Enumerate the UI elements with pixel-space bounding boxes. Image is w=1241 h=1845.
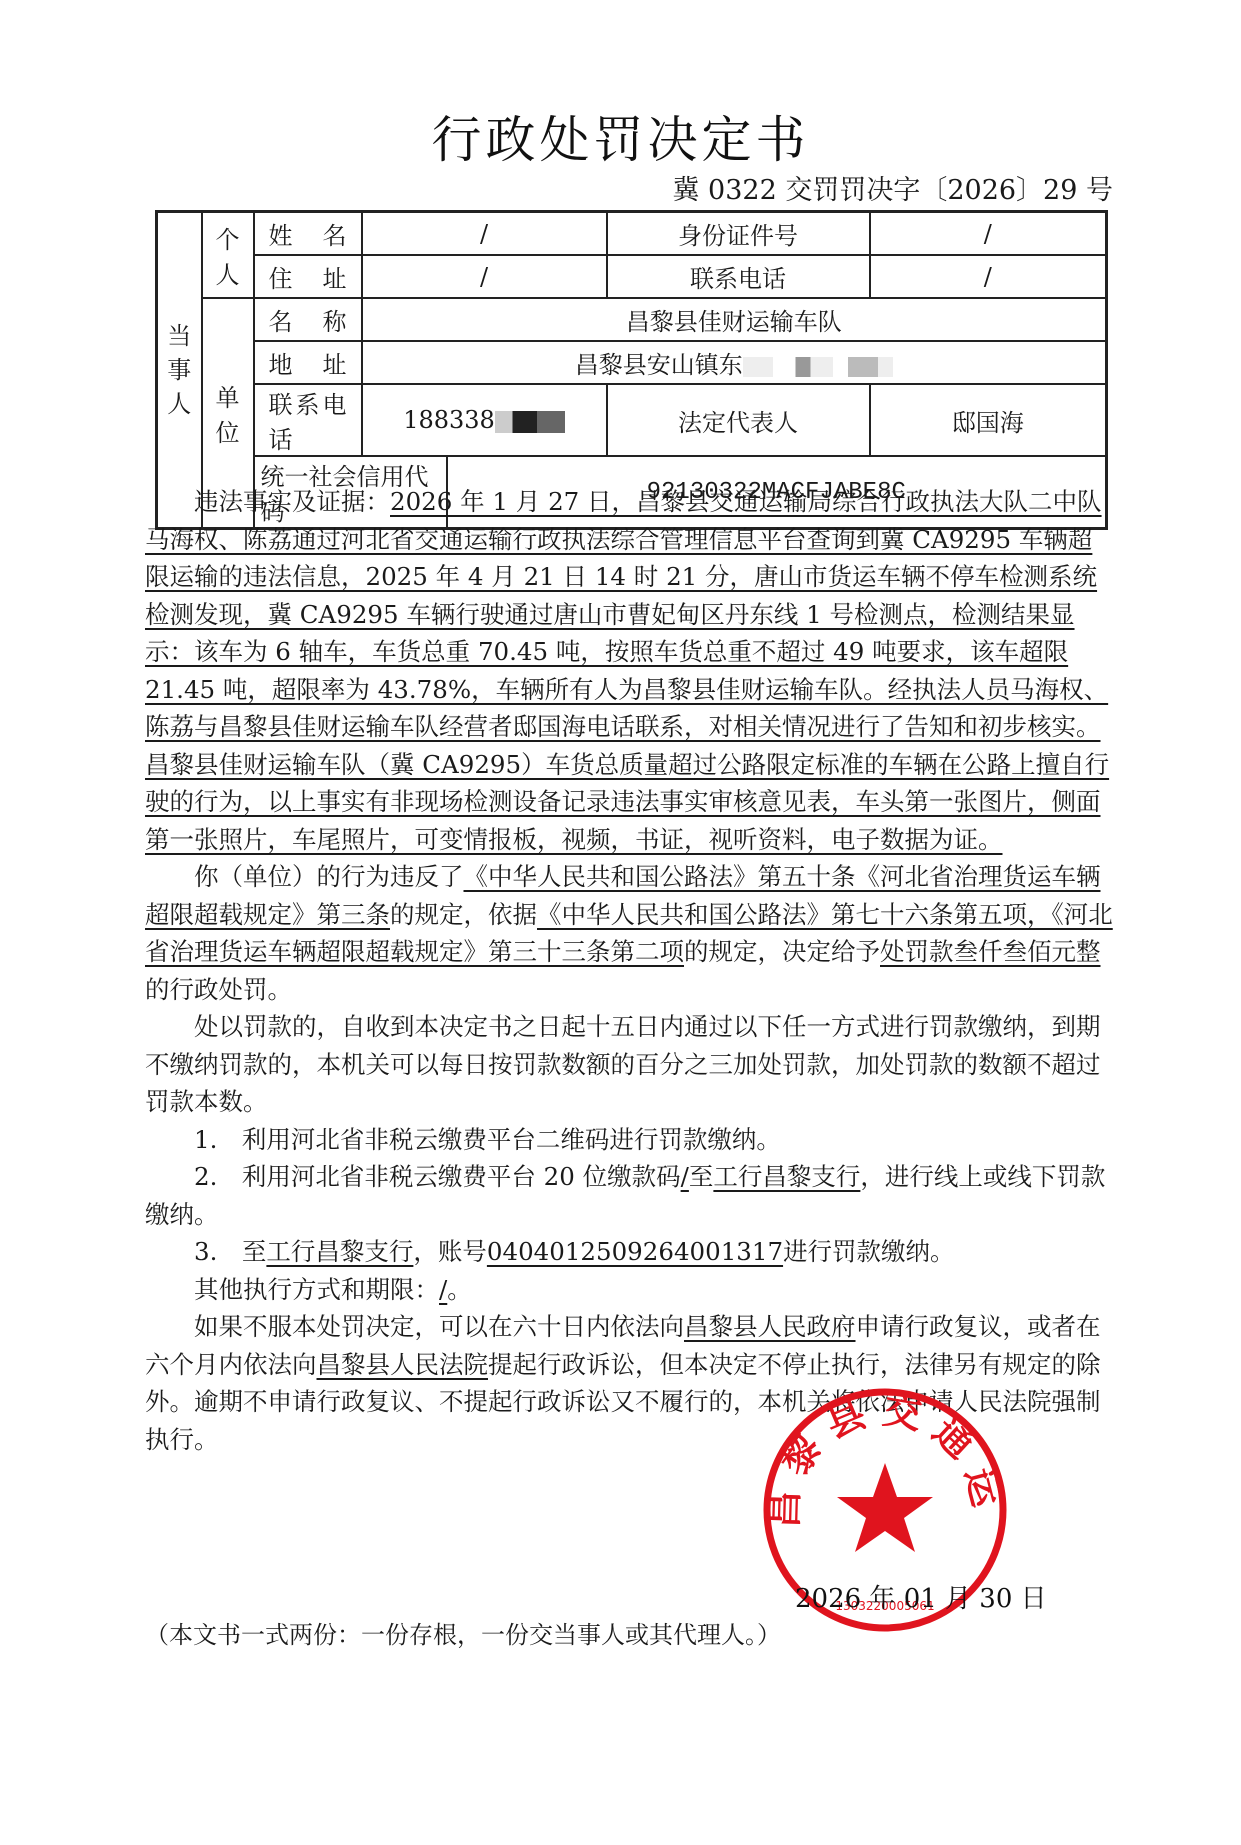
- violation-text: 的规定，依据: [390, 900, 537, 929]
- text: 其他执行方式和期限：: [194, 1275, 439, 1304]
- payment-notice: 处以罚款的，自收到本决定书之日起十五日内通过以下任一方式进行罚款缴纳，到期不缴纳…: [145, 1008, 1115, 1121]
- payment-method-1: 1. 利用河北省非税云缴费平台二维码进行罚款缴纳。: [145, 1121, 1115, 1159]
- phone-label: 联系电话: [607, 255, 870, 298]
- id-label: 身份证件号: [607, 212, 870, 256]
- facts-label: 违法事实及证据：: [194, 487, 390, 516]
- unit-name-label: 名称: [254, 298, 362, 341]
- account-number: 0404012509264001317: [487, 1237, 783, 1266]
- document-title: 行政处罚决定书: [0, 100, 1241, 172]
- redaction-mosaic: [495, 411, 565, 433]
- name-value: /: [362, 212, 607, 256]
- phone-value: /: [870, 255, 1107, 298]
- text: 如果不服本处罚决定，可以在六十日内依法向: [194, 1312, 684, 1341]
- bank-name: 工行昌黎支行: [266, 1237, 413, 1266]
- review-authority: 昌黎县人民政府: [684, 1312, 856, 1341]
- other-execution: 其他执行方式和期限：/。: [145, 1271, 1115, 1309]
- issue-date: 2026 年 01 月 30 日: [795, 1578, 1047, 1615]
- text: 2. 利用河北省非税云缴费平台 20 位缴款码: [194, 1162, 681, 1191]
- text: 。: [447, 1275, 472, 1304]
- bank-name: 工行昌黎支行: [713, 1162, 860, 1191]
- violation-paragraph: 你（单位）的行为违反了《中华人民共和国公路法》第五十条《河北省治理货运车辆超限超…: [145, 858, 1115, 1008]
- payment-method-3: 3. 至工行昌黎支行，账号0404012509264001317进行罚款缴纳。: [145, 1233, 1115, 1271]
- name-label: 姓名: [254, 212, 362, 256]
- party-group-label: 当事人: [157, 212, 202, 529]
- unit-address-label: 地址: [254, 341, 362, 384]
- document-body: 违法事实及证据：2026 年 1 月 27 日，昌黎县交通运输局综合行政执法大队…: [145, 483, 1115, 1458]
- id-value: /: [870, 212, 1107, 256]
- violation-text: 的行政处罚。: [145, 975, 292, 1004]
- court-name: 昌黎县人民法院: [317, 1350, 489, 1379]
- document-number: 冀 0322 交罚罚决字〔2026〕29 号: [672, 168, 1113, 207]
- party-info-table: 当事人 个人 姓名 / 身份证件号 / 住址 / 联系电话 / 单位 名称 昌黎…: [155, 210, 1108, 530]
- violation-text: 你（单位）的行为违反了: [194, 862, 464, 891]
- unit-name-value: 昌黎县佳财运输车队: [362, 298, 1107, 341]
- unit-phone-value: 188338: [403, 406, 495, 434]
- individual-label: 个人: [202, 212, 254, 299]
- redaction-mosaic: [743, 357, 893, 377]
- text: 进行罚款缴纳。: [783, 1237, 955, 1266]
- address-label: 住址: [254, 255, 362, 298]
- footnote: （本文书一式两份：一份存根，一份交当事人或其代理人。）: [145, 1615, 781, 1650]
- unit-address-cell: 昌黎县安山镇东: [362, 341, 1107, 384]
- unit-phone-cell: 188338: [362, 384, 607, 456]
- legal-rep-label: 法定代表人: [607, 384, 870, 456]
- unit-phone-label: 联系电话: [254, 384, 362, 456]
- facts-text: 2026 年 1 月 27 日，昌黎县交通运输局综合行政执法大队二中队马海权、陈…: [145, 487, 1109, 854]
- text: ，账号: [413, 1237, 487, 1266]
- violation-text: 的规定，决定给予: [684, 937, 880, 966]
- penalty-amount: 处罚款叁仟叁佰元整: [880, 937, 1101, 966]
- text: 至: [689, 1162, 714, 1191]
- address-value: /: [362, 255, 607, 298]
- text: 3. 至: [194, 1237, 266, 1266]
- payment-code: /: [681, 1162, 689, 1191]
- payment-method-2: 2. 利用河北省非税云缴费平台 20 位缴款码/至工行昌黎支行，进行线上或线下罚…: [145, 1158, 1115, 1233]
- legal-rep-value: 邸国海: [870, 384, 1107, 456]
- facts-paragraph: 违法事实及证据：2026 年 1 月 27 日，昌黎县交通运输局综合行政执法大队…: [145, 483, 1115, 858]
- unit-address-value: 昌黎县安山镇东: [575, 351, 743, 379]
